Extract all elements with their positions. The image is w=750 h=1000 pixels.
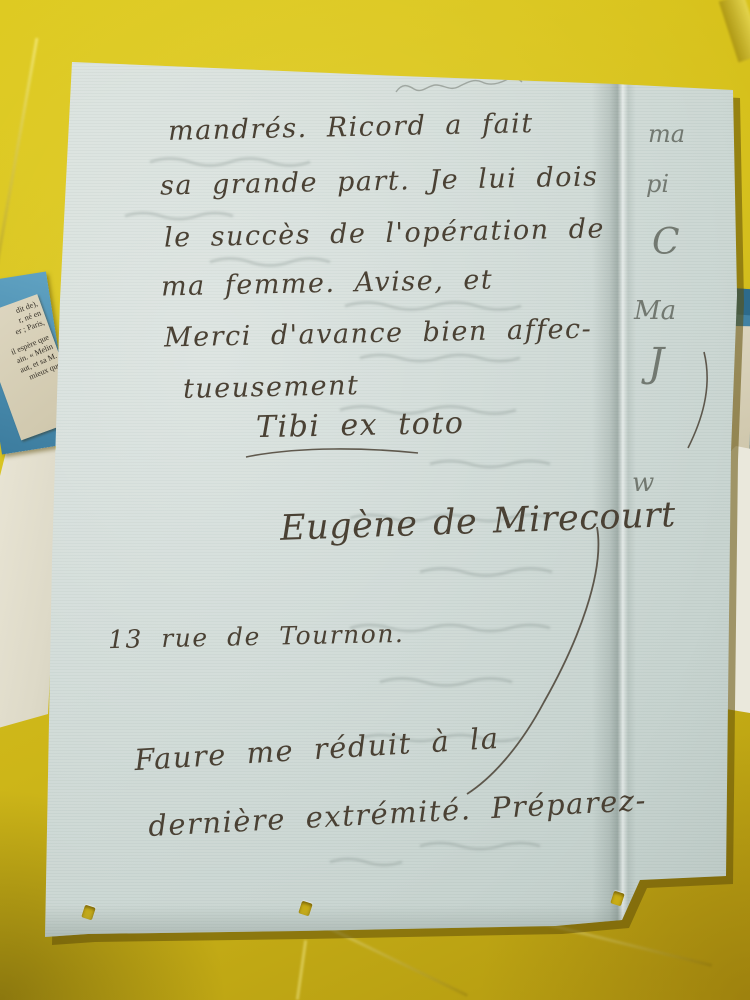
letter-sheet: mandrés. Ricord a fait sa grande part. J… [0,0,750,1000]
postscript-line: Faure me réduit à la [133,721,500,777]
punch-hole [610,891,624,907]
letter-line: ma femme. Avise, et [161,265,494,303]
letter-line: Merci d'avance bien affec- [164,314,593,354]
letter-line: sa grande part. Je lui dois [160,161,599,201]
right-page-fragment: w [632,468,654,498]
crease-line [719,0,750,62]
crease-line [0,38,38,304]
letter-line: mandrés. Ricord a fait [168,108,534,147]
right-page-fragment: pi [646,170,669,198]
postscript-line: dernière extrémité. Préparez- [147,783,647,843]
sender-address: 13 rue de Tournon. [108,619,405,654]
punch-hole [81,905,95,921]
signature: Eugène de Mirecourt [279,495,676,549]
right-page-fragment: ma [648,120,685,148]
crease-line [296,940,307,1000]
letter-line: le succès de l'opération de [164,213,606,253]
photo-scene: dit de), r, né en er ; Paris, il espère … [0,0,750,1000]
valediction: Tibi ex toto [256,406,465,445]
punch-hole [298,901,312,917]
faint-pencil-inscription [396,78,522,92]
right-page-fragment: Ma [634,296,676,326]
right-page-fragment: C [652,222,680,263]
letter-line: tueusement [183,370,360,405]
right-page-fragment: J [648,340,664,386]
